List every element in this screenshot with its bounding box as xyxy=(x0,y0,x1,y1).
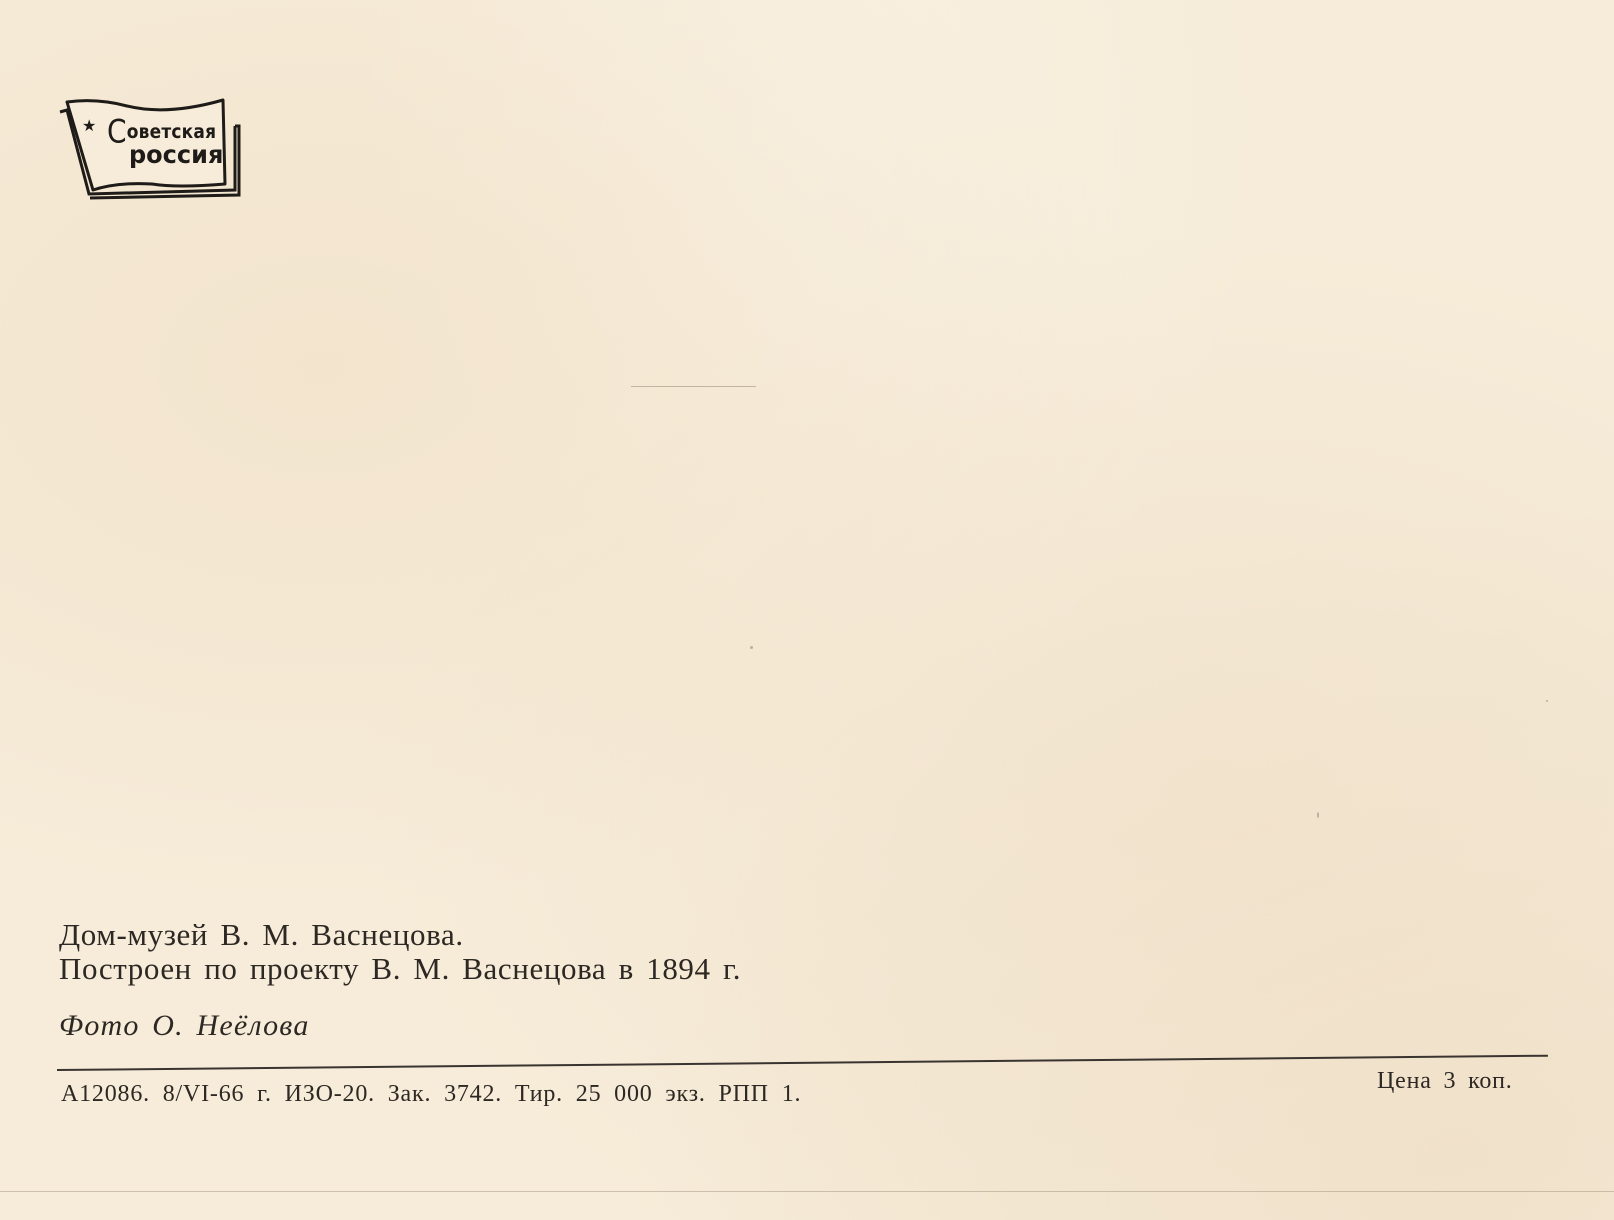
publisher-logo: ★ Советская россия xyxy=(57,98,242,200)
photo-credit: Фото О. Неёлова xyxy=(59,1009,310,1043)
caption-title: Дом-музей В. М. Васнецова. xyxy=(59,918,741,952)
paper-speck xyxy=(750,646,753,649)
postcard-back: ★ Советская россия Дом-музей В. М. Васне… xyxy=(0,0,1614,1220)
imprint-line: А12086. 8/VI-66 г. ИЗО-20. Зак. 3742. Ти… xyxy=(61,1081,801,1108)
star-icon: ★ xyxy=(82,116,96,135)
paper-speck xyxy=(1546,700,1548,702)
divider-line xyxy=(631,386,756,387)
card-edge-line xyxy=(0,1191,1614,1192)
price-label: Цена 3 коп. xyxy=(1377,1068,1513,1095)
caption-description: Построен по проекту В. М. Васнецова в 18… xyxy=(59,952,741,986)
paper-speck xyxy=(1317,812,1319,818)
divider-rule xyxy=(57,1055,1548,1071)
logo-text-line2: россия xyxy=(129,140,223,169)
caption: Дом-музей В. М. Васнецова. Построен по п… xyxy=(59,918,741,986)
